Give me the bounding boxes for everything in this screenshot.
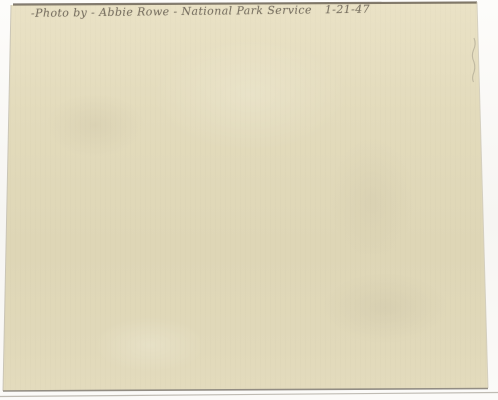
caption-date: 1-21-47 <box>325 3 370 17</box>
scanned-photo-verso: -Photo by - Abbie Rowe - National Park S… <box>0 0 498 400</box>
scanner-edge-line <box>0 393 498 397</box>
photo-verso-paper <box>0 0 498 400</box>
